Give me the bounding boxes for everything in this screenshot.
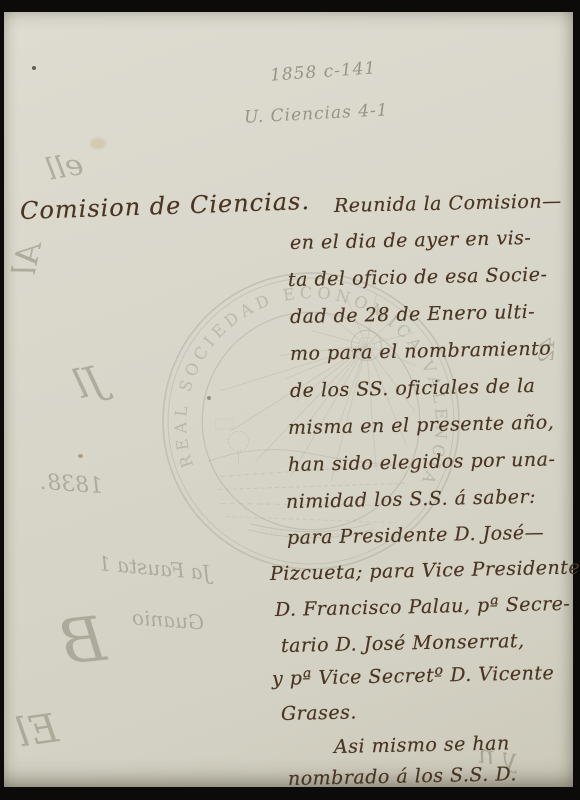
- manuscript-line: Asi mismo se han: [334, 732, 510, 758]
- manuscript-line: en el dia de ayer en vis-: [290, 227, 532, 254]
- paper-stain: [90, 138, 106, 149]
- manuscript-line: dad de 28 de Enero ulti-: [290, 301, 536, 328]
- ink-bleedthrough-mark: El: [13, 705, 61, 756]
- manuscript-line: han sido elegidos por una-: [288, 448, 556, 476]
- paper-speck: [78, 454, 83, 458]
- manuscript-line: nimidad los S.S. á saber:: [286, 486, 536, 513]
- document-heading: Comision de Ciencias.: [20, 187, 311, 225]
- manuscript-line: Grases.: [281, 701, 357, 725]
- manuscript-line: para Presidente D. José—: [287, 522, 545, 549]
- ink-bleedthrough-mark: Al: [5, 239, 49, 280]
- manuscript-line: mo para el nombramiento: [290, 338, 552, 365]
- paper-speck: [32, 66, 36, 70]
- manuscript-line: tario D. José Monserrat,: [281, 630, 525, 657]
- archival-classification-pencil-note: U. Ciencias 4-1: [244, 100, 389, 128]
- ink-bleedthrough-mark: 1838.: [39, 470, 104, 499]
- document-page: 1858 c-141 U. Ciencias 4-1 REAL SOCIEDAD…: [4, 12, 573, 787]
- archival-code-pencil-note: 1858 c-141: [269, 58, 377, 85]
- manuscript-line: D. Francisco Palau, pª Secre-: [275, 593, 571, 621]
- scanned-manuscript-image: 1858 c-141 U. Ciencias 4-1 REAL SOCIEDAD…: [0, 0, 580, 800]
- manuscript-line: misma en el presente año,: [288, 411, 555, 439]
- paper-speck: [207, 396, 211, 400]
- ink-bleedthrough-mark: B: [56, 602, 109, 679]
- manuscript-line: Reunida la Comision—: [334, 190, 562, 217]
- ink-bleedthrough-mark: ell: [43, 147, 85, 188]
- ink-bleedthrough-mark: Jl: [69, 357, 108, 409]
- manuscript-line: y pª Vice Secretº D. Vicente: [272, 662, 555, 690]
- manuscript-line: de los SS. oficiales de la: [290, 375, 536, 402]
- ink-bleedthrough-mark: Guanio: [131, 606, 205, 635]
- manuscript-line: ta del oficio de esa Socie-: [288, 264, 548, 291]
- manuscript-line: nombrado á los S.S. D.: [288, 763, 517, 790]
